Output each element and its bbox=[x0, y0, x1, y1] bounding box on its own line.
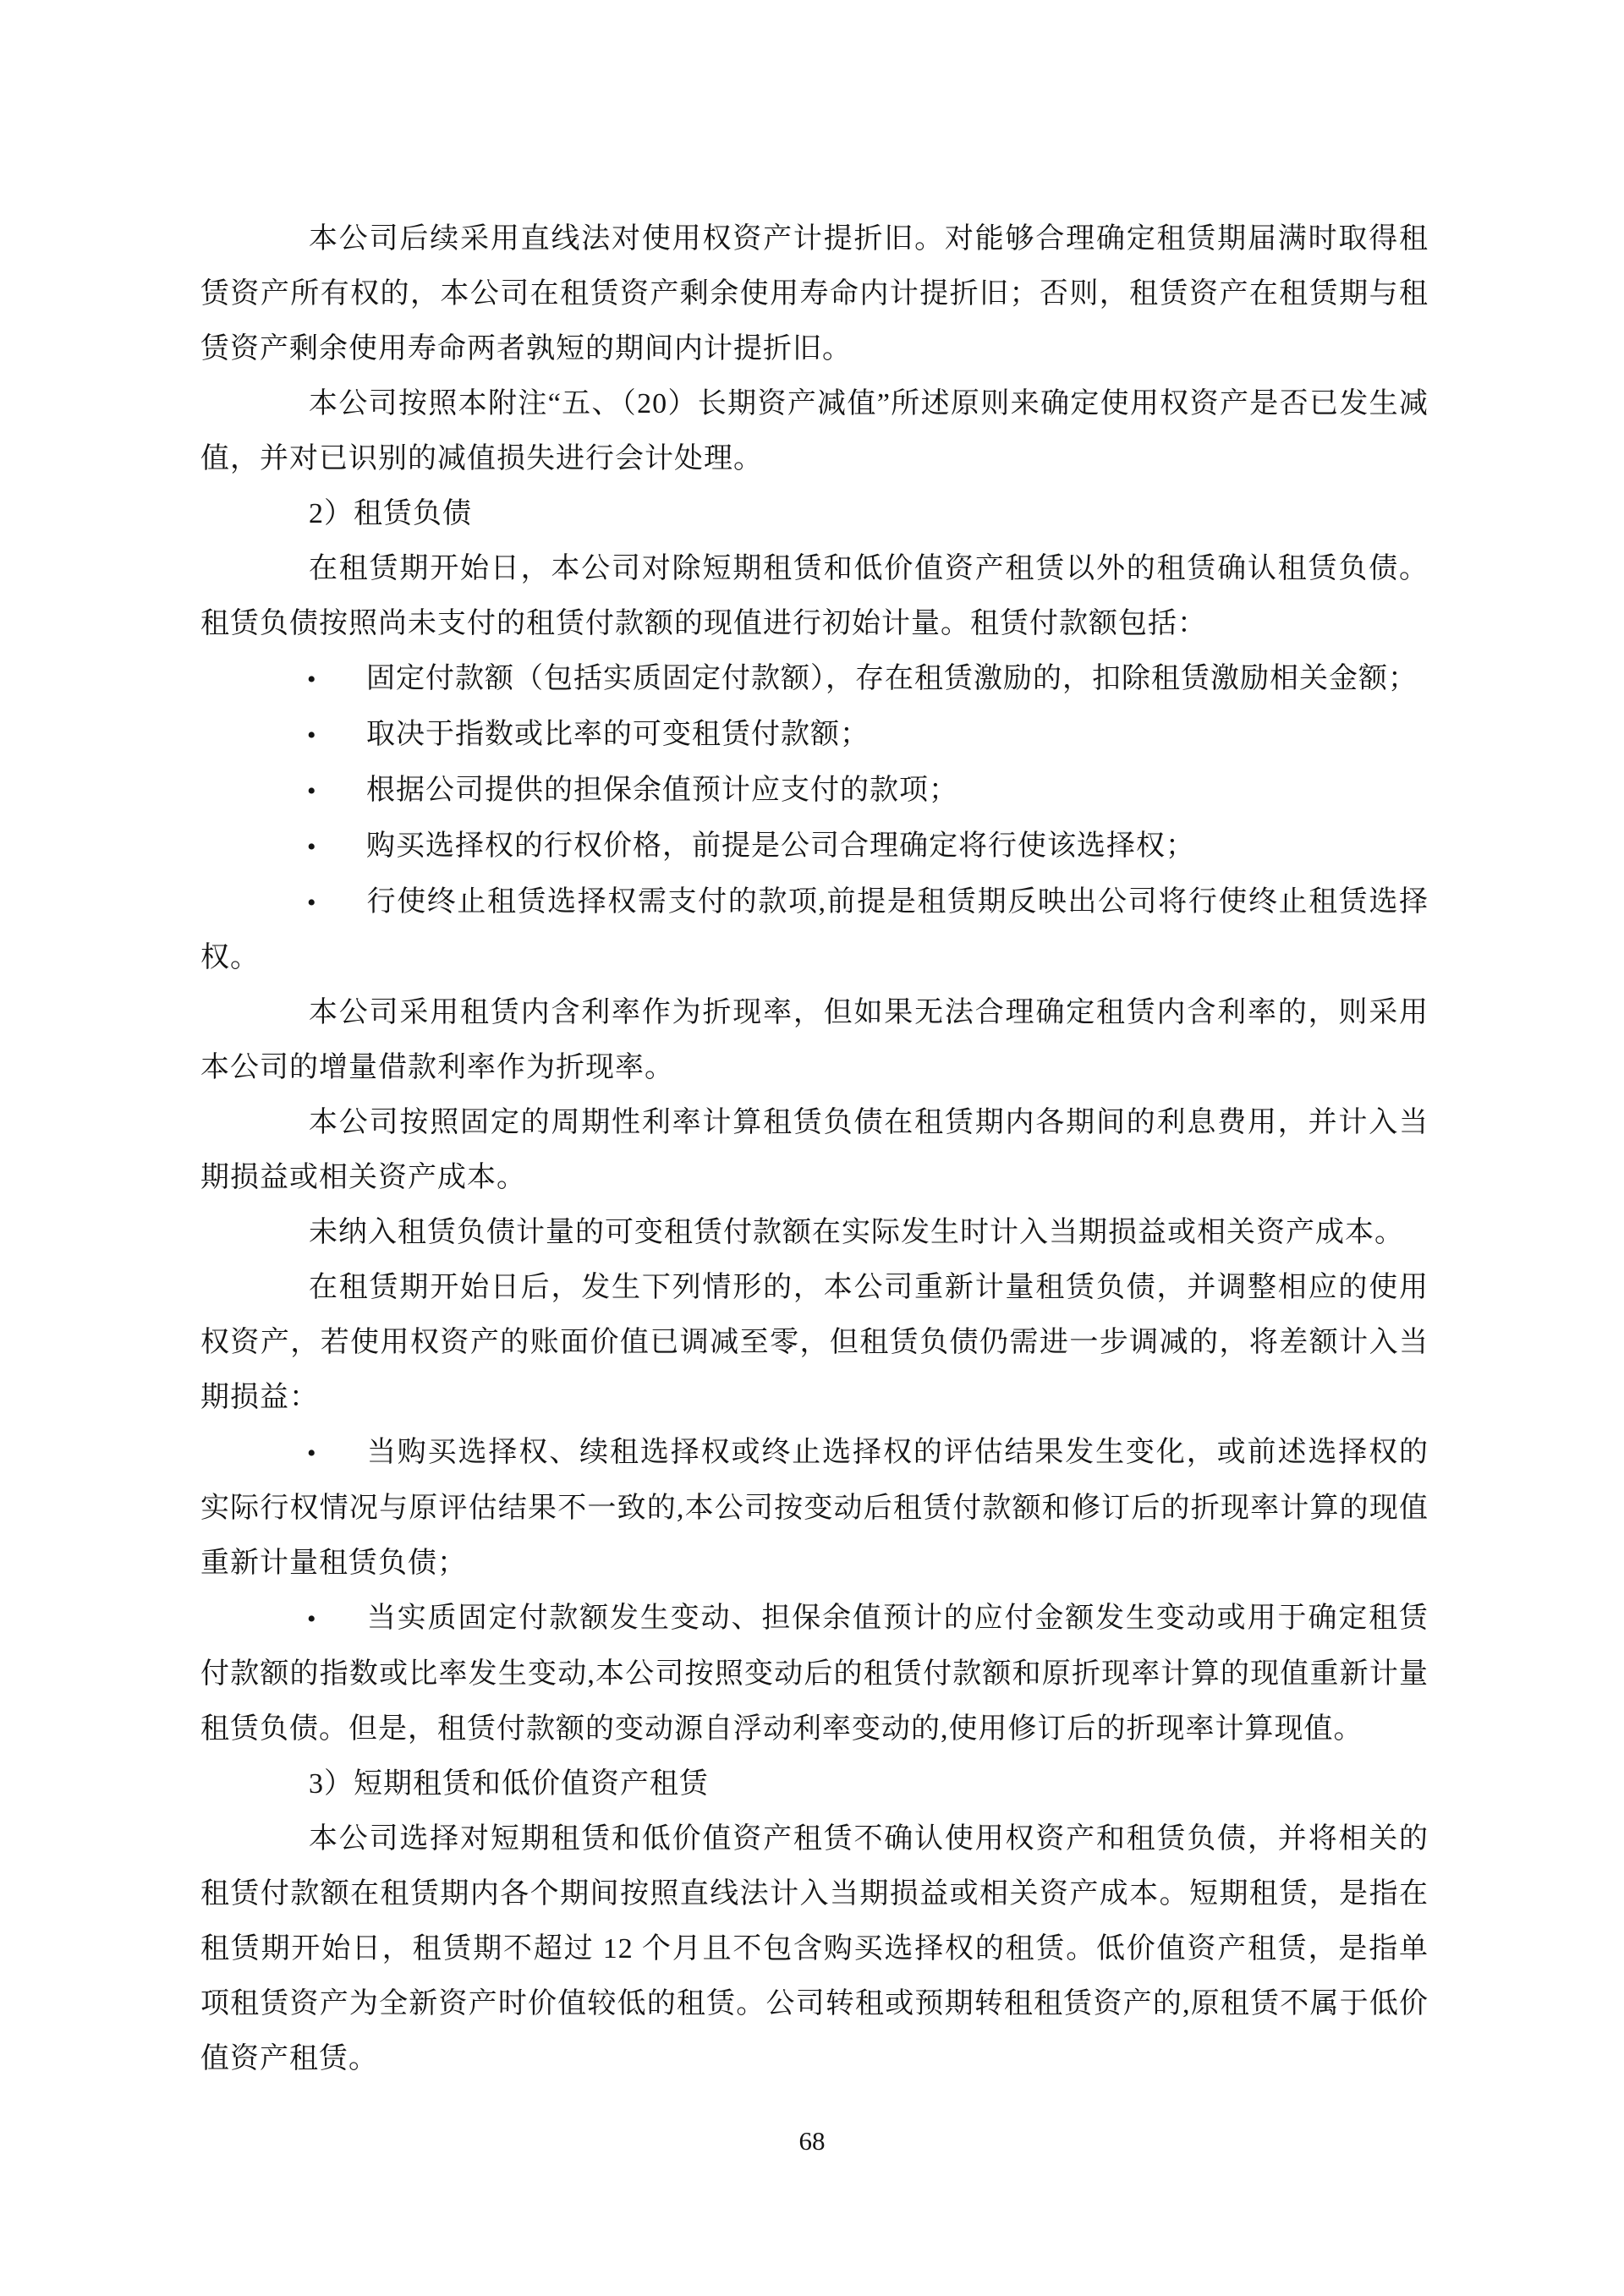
bullet-icon: • bbox=[307, 764, 366, 819]
section-heading: 3）短期租赁和低价值资产租赁 bbox=[200, 1756, 1429, 1811]
bullet-item: •行使终止租赁选择权需支付的款项,前提是租赁期反映出公司将行使终止租赁选择权。 bbox=[200, 874, 1429, 985]
paragraph: 本公司采用租赁内含利率作为折现率，但如果无法合理确定租赁内含利率的，则采用本公司… bbox=[200, 985, 1429, 1095]
bullet-icon: • bbox=[307, 819, 366, 874]
section-heading: 2）租赁负债 bbox=[200, 486, 1429, 541]
bullet-text: 当实质固定付款额发生变动、担保余值预计的应付金额发生变动或用于确定租赁付款额的指… bbox=[200, 1603, 1429, 1745]
bullet-icon: • bbox=[307, 875, 366, 930]
paragraph: 本公司选择对短期租赁和低价值资产租赁不确认使用权资产和租赁负债，并将相关的租赁付… bbox=[200, 1811, 1429, 2086]
bullet-icon: • bbox=[307, 1426, 366, 1481]
bullet-icon: • bbox=[307, 708, 366, 763]
bullet-icon: • bbox=[307, 1592, 366, 1647]
paragraph: 本公司按照固定的周期性利率计算租赁负债在租赁期内各期间的利息费用，并计入当期损益… bbox=[200, 1095, 1429, 1205]
bullet-item: •根据公司提供的担保余值预计应支付的款项； bbox=[200, 763, 1429, 819]
bullet-item: •购买选择权的行权价格，前提是公司合理确定将行使该选择权； bbox=[200, 819, 1429, 874]
bullet-text: 行使终止租赁选择权需支付的款项,前提是租赁期反映出公司将行使终止租赁选择权。 bbox=[200, 886, 1429, 973]
bullet-item: •当实质固定付款额发生变动、担保余值预计的应付金额发生变动或用于确定租赁付款额的… bbox=[200, 1591, 1429, 1756]
bullet-text: 购买选择权的行权价格，前提是公司合理确定将行使该选择权； bbox=[366, 830, 1195, 862]
document-page: 本公司后续采用直线法对使用权资产计提折旧。对能够合理确定租赁期届满时取得租赁资产… bbox=[0, 0, 1624, 2296]
paragraph: 本公司按照本附注“五、（20）长期资产减值”所述原则来确定使用权资产是否已发生减… bbox=[200, 376, 1429, 486]
bullet-text: 取决于指数或比率的可变租赁付款额； bbox=[366, 719, 870, 750]
document-body: 本公司后续采用直线法对使用权资产计提折旧。对能够合理确定租赁期届满时取得租赁资产… bbox=[200, 211, 1429, 2086]
paragraph: 本公司后续采用直线法对使用权资产计提折旧。对能够合理确定租赁期届满时取得租赁资产… bbox=[200, 211, 1429, 376]
bullet-text: 固定付款额（包括实质固定付款额），存在租赁激励的，扣除租赁激励相关金额； bbox=[366, 663, 1418, 694]
paragraph: 在租赁期开始日，本公司对除短期租赁和低价值资产租赁以外的租赁确认租赁负债。租赁负… bbox=[200, 541, 1429, 651]
bullet-item: •固定付款额（包括实质固定付款额），存在租赁激励的，扣除租赁激励相关金额； bbox=[200, 651, 1429, 707]
paragraph: 未纳入租赁负债计量的可变租赁付款额在实际发生时计入当期损益或相关资产成本。 bbox=[200, 1205, 1429, 1260]
bullet-icon: • bbox=[307, 652, 366, 707]
bullet-item: •当购买选择权、续租选择权或终止选择权的评估结果发生变化，或前述选择权的实际行权… bbox=[200, 1425, 1429, 1591]
bullet-item: •取决于指数或比率的可变租赁付款额； bbox=[200, 707, 1429, 763]
bullet-text: 根据公司提供的担保余值预计应支付的款项； bbox=[366, 775, 958, 806]
page-number: 68 bbox=[0, 2124, 1624, 2158]
bullet-text: 当购买选择权、续租选择权或终止选择权的评估结果发生变化，或前述选择权的实际行权情… bbox=[200, 1437, 1429, 1579]
paragraph: 在租赁期开始日后，发生下列情形的，本公司重新计量租赁负债，并调整相应的使用权资产… bbox=[200, 1260, 1429, 1425]
